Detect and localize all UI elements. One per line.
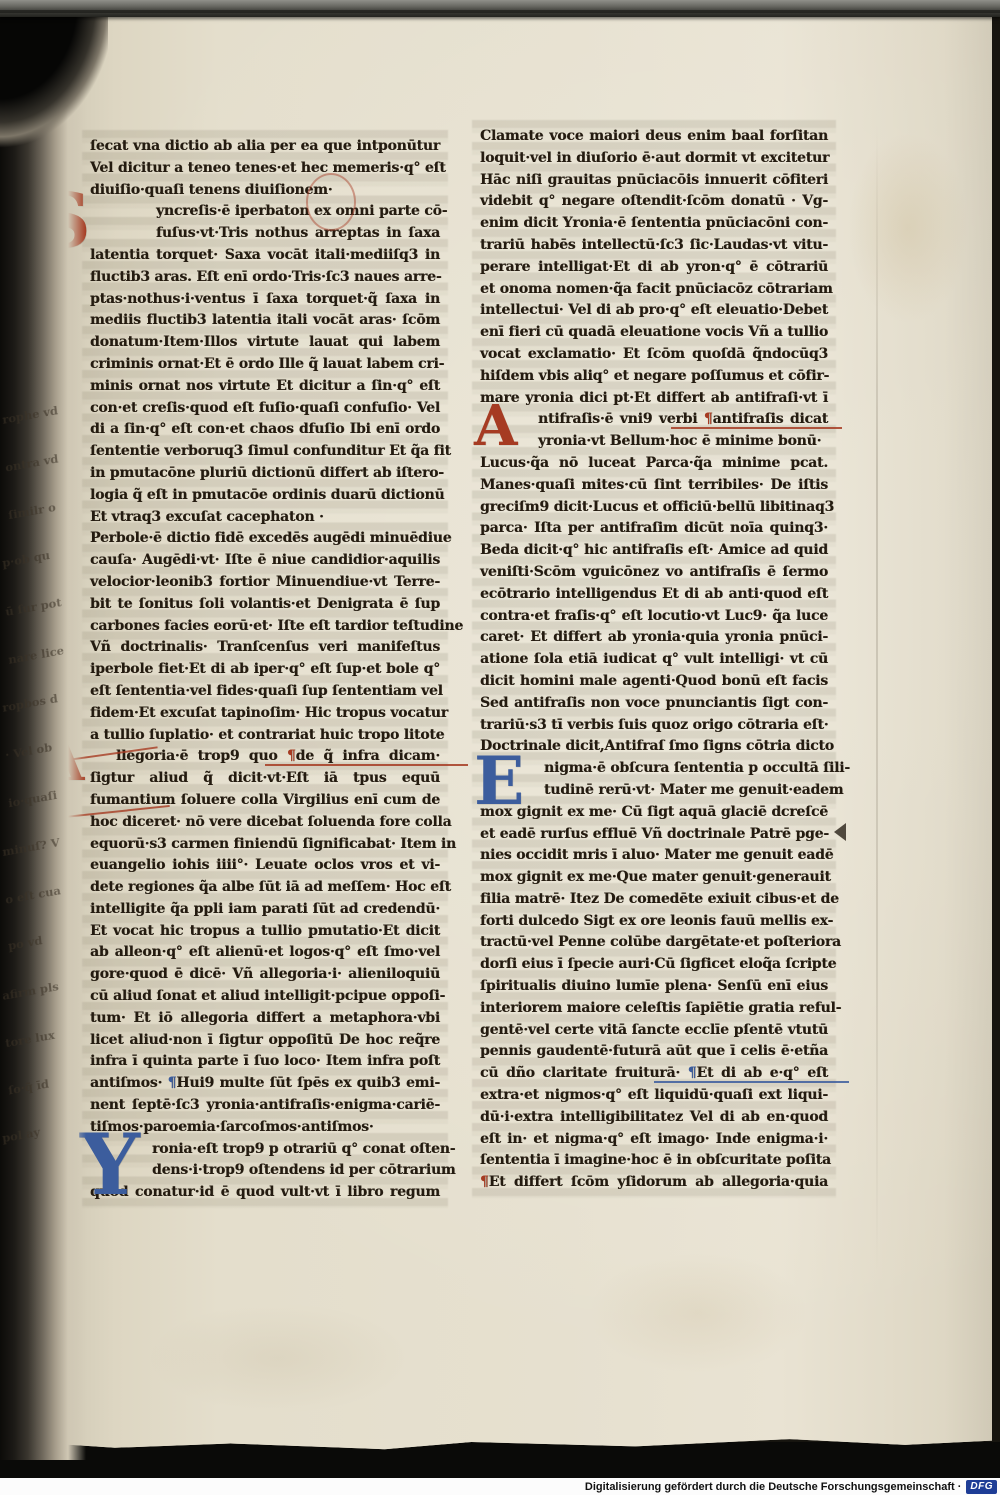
- text-line: et onoma nomen·q̃a facit pnūciacōz cōtra…: [480, 279, 828, 301]
- rubric-underline: [671, 427, 842, 429]
- text-line: interiorem maiore celeſtis ſapiētie grat…: [480, 998, 828, 1020]
- text-column-right: Clamate voce maiori deus enim baal forſi…: [480, 126, 828, 1194]
- text-line: licet aliud·non ī ſigtur oppoſitū De hoc…: [90, 1030, 440, 1052]
- text-line: Hāc niſi grauitas pnūciacōis innuerit cō…: [480, 170, 828, 192]
- text-line: et eadē rurſus effluē Vñ doctrinale Patr…: [480, 824, 828, 846]
- text-line: Et vocat hic tropus a tullio pmutatio·Et…: [90, 921, 440, 943]
- text-line: ntifraſis·ē vni9 verbi ¶antifraſis dicat: [480, 409, 828, 431]
- text-line: latentia torquet· Saxa vocāt itali·medii…: [90, 245, 440, 267]
- text-line: dorſi eius ī ſpecie auri·Cū ſigficet elo…: [480, 954, 828, 976]
- text-line: veniſti·Scōm vguicōnez vo antifraſis ē ſ…: [480, 562, 828, 584]
- text-line: Vel dicitur a teneo tenes·et hec memeris…: [90, 158, 440, 180]
- text-line: equorū·s3 carmen finiendū ſignificabat· …: [90, 834, 440, 856]
- text-line: mediis fluctib3 latentia itali vocāt ara…: [90, 310, 440, 332]
- text-line: trariū habēs intellectū·ſc3 ſic·Laudas·v…: [480, 235, 828, 257]
- text-line: donatum·Item·Illos virtute lauat qui lab…: [90, 332, 440, 354]
- text-line: yncreſis·ē iperbaton ex omni parte cō-: [90, 201, 440, 223]
- pilcrow-mark: ¶: [168, 1075, 177, 1091]
- dfg-logo: DFG: [966, 1480, 997, 1494]
- text-line: minis ornat nos virtute Et dicitur a ſin…: [90, 376, 440, 398]
- parchment-crease: [876, 123, 878, 1273]
- text-line: forti dulcedo Sigt ex ore leonis fauū me…: [480, 911, 828, 933]
- text-line: tractū·vel Penne colūbe dargētate·et poſ…: [480, 932, 828, 954]
- text-line: con·et creſis·quod eſt fuſio·quaſi confu…: [90, 398, 440, 420]
- text-line: extra·et nigmos·q° eſt liquidū·quaſi ext…: [480, 1085, 828, 1107]
- pilcrow-mark: ¶: [704, 411, 713, 427]
- text-line: nent ſeptē·ſc3 yronia·antifraſis·enigma·…: [90, 1095, 440, 1117]
- text-line: fidem·Et excuſat tapinoſim· Hic tropus v…: [90, 703, 440, 725]
- text-line: ſigtur aliud q̃ dicit·vt·Eſt iā tpus equ…: [90, 768, 440, 790]
- pilcrow-mark: ¶: [688, 1065, 697, 1081]
- text-line: in pmutacōne pluriū dictionū differt ab …: [90, 463, 440, 485]
- text-line: logia q̃ eſt in pmutacōe ordinis duarū d…: [90, 485, 440, 507]
- text-line: Manes·quaſi mites·cū ſint terribiles· De…: [480, 475, 828, 497]
- text-column-left: ſecat vna dictio ab alia per ea que intp…: [90, 136, 440, 1204]
- text-line: eſt ſententia·vel fides·quaſi ſup ſenten…: [90, 681, 440, 703]
- text-line: nies occidit mris ī aluo· Mater me genui…: [480, 845, 828, 867]
- text-line: infra ī quinta parte ī ſuo loco· Item in…: [90, 1051, 440, 1073]
- text-line: parca· Iſta per antifraſim dicūt noīa qu…: [480, 518, 828, 540]
- text-line: tudinē rerū·vt· Mater me genuit·eadem: [480, 780, 828, 802]
- rubric-underline: [654, 1081, 849, 1083]
- text-line: perare intelligat·Et di ab yron·q° ē cōt…: [480, 257, 828, 279]
- manuscript-scan-viewport: { "document": { "type": "incunabulum-pag…: [0, 0, 1000, 1495]
- text-line: Perbole·ē dictio fidē excedēs augēdi min…: [90, 528, 440, 550]
- text-line: diuiſio·quaſi tenens diuiſionem·: [90, 180, 440, 202]
- text-line: llegoria·ē trop9 quo ¶de q̃ infra dicam·: [90, 746, 440, 768]
- text-line: cū dño claritate fruiturā· ¶Et di ab e·q…: [480, 1063, 828, 1085]
- text-line: velocior·leonib3 fortior Minuendiue·vt T…: [90, 572, 440, 594]
- text-line: filia matrē· Itez De comedēte exiuit cib…: [480, 889, 828, 911]
- text-line: criminis ornat·Et ē ordo Ille q̃ lauat l…: [90, 354, 440, 376]
- text-line: nigma·ē obſcura ſententia p occultā ſili…: [480, 758, 828, 780]
- text-line: fumantium ſoluere colla Virgilius enī cu…: [90, 790, 440, 812]
- text-line: ab alleon·q° eſt alienū·et logos·q° eſt …: [90, 942, 440, 964]
- text-line: ſecat vna dictio ab alia per ea que intp…: [90, 136, 440, 158]
- text-line: hoc diceret· nō vere dicebat ſoluenda fo…: [90, 812, 440, 834]
- text-line: caret· Et differt ab yronia·quia yronia …: [480, 627, 828, 649]
- text-line: mox gignit ex me· Cū ſigt aquā glaciē dc…: [480, 802, 828, 824]
- text-line: iperbole fiet·Et di ab iper·q° eſt ſup·e…: [90, 659, 440, 681]
- text-line: videbit q° negare oſtendit·ſcōm donatū ·…: [480, 191, 828, 213]
- text-line: Sed antifraſis non voce pnunciantis ſigt…: [480, 693, 828, 715]
- parchment-stain: [148, 1303, 408, 1413]
- text-line: mare yronia dici pt·Et differt ab antifr…: [480, 388, 828, 410]
- text-line: Lucus·q̃a nō luceat Parca·q̃a minime pca…: [480, 453, 828, 475]
- text-line: pennis gaudentē·futurā aūt que ī celis ē…: [480, 1041, 828, 1063]
- text-line: Clamate voce maiori deus enim baal forſi…: [480, 126, 828, 148]
- text-line: quod conatur·id ē quod vult·vt ī libro r…: [90, 1182, 440, 1204]
- text-line: Doctrinale dicit,Antifraſ ſmo ſigns cōtr…: [480, 736, 828, 758]
- digitization-credit-bar: Digitalisierung gefördert durch die Deut…: [0, 1478, 1000, 1495]
- text-line: mox gignit ex me·Que mater genuit·genera…: [480, 867, 828, 889]
- text-line: Et vtraq3 excuſat cacephaton ·: [90, 507, 440, 529]
- scan-top-edge-line: [0, 10, 1000, 13]
- text-line: Vñ doctrinalis· Tranſcenſus veri manifeſ…: [90, 637, 440, 659]
- parchment-stain: [848, 133, 968, 323]
- text-line: ſententia ī imagine·hoc ē in obſcuritate…: [480, 1150, 828, 1172]
- text-line: ronia·eſt trop9 p otrariū q° conat oſten…: [90, 1139, 440, 1161]
- text-line: yronia·vt Bellum·hoc ē minime bonū·: [480, 431, 828, 453]
- text-line: antiſmos· ¶Hui9 multe ſūt ſpēs ex quib3 …: [90, 1073, 440, 1095]
- parchment-stain: [588, 1253, 808, 1373]
- text-line: dete regiones q̃a albe ſūt iā ad meſſem·…: [90, 877, 440, 899]
- text-line: atione ſola etiā iudicat q° vult intelli…: [480, 649, 828, 671]
- text-line: vocat exclamatio· Et ſcōm quoſdā q̃ndocū…: [480, 344, 828, 366]
- book-spine-gutter: [0, 0, 86, 1460]
- text-line: greciſm9 dicit·Lucus et officiū·bellū li…: [480, 497, 828, 519]
- text-line: tum· Et iō allegoria differt a metaphora…: [90, 1008, 440, 1030]
- text-line: dū·i·extra intelligibilitatez Vel di ab …: [480, 1107, 828, 1129]
- text-line: ſpiritualis diuino lumīe plena· Senſū en…: [480, 976, 828, 998]
- text-line: intellectui· Vel di ab pro·q° eſt eleuat…: [480, 300, 828, 322]
- text-line: euangelio iohis iiii°· Leuate oclos vros…: [90, 855, 440, 877]
- text-line: fluctib3 aras. Eſt enī ordo·Tris·ſc3 nau…: [90, 267, 440, 289]
- text-line: enim dicit Yronia·ē ſententia pnūciacōni…: [480, 213, 828, 235]
- text-line: Beda dicit·q° hic antifraſis eſt· Amice …: [480, 540, 828, 562]
- text-line: a tullio ſuplatio· et contrariat huic tr…: [90, 725, 440, 747]
- text-line: eſt in· et nigma·q° eſt imago· Inde enig…: [480, 1129, 828, 1151]
- pilcrow-mark: ¶: [480, 1174, 489, 1190]
- text-line: tiſmos·paroemia·ſarcoſmos·antiſmos·: [90, 1117, 440, 1139]
- page-curl-top-left: [0, 0, 108, 150]
- parchment-page: ſecat vna dictio ab alia per ea que intp…: [28, 13, 992, 1455]
- scan-bottom-background: [0, 1442, 1000, 1478]
- text-line: ptas·nothus·i·ventus ī ſaxa torquet·q̃ ſ…: [90, 289, 440, 311]
- text-line: dicit homini male agenti·Quod bonū eſt f…: [480, 671, 828, 693]
- text-line: intelligite q̃a ppli iam parati ſūt ad c…: [90, 899, 440, 921]
- text-line: cū aliud ſonat et aliud intelligit·pcipu…: [90, 986, 440, 1008]
- text-line: ecōtrario intelligendus Et di ab anti·qu…: [480, 584, 828, 606]
- text-line: gentē·vel certe vitā ſancte ecclīe pſent…: [480, 1020, 828, 1042]
- text-line: dens·i·trop9 oſtendens id per cōtrarium: [90, 1160, 440, 1182]
- pilcrow-mark: ¶: [287, 748, 296, 764]
- text-line: ſententie verboruq3 ſimul confunditur Et…: [90, 441, 440, 463]
- text-line: trariū·s3 tī verbis ſuis quoz origo cōtr…: [480, 715, 828, 737]
- text-line: gore·quod ē dicē· Vñ allegoria·i· alieni…: [90, 964, 440, 986]
- text-line: cauſa· Augēdi·vt· Iſte ē niue candidior·…: [90, 550, 440, 572]
- credit-text: Digitalisierung gefördert durch die Deut…: [585, 1481, 962, 1493]
- text-line: contra·et fraſis·q° eſt locutio·vt Luc9·…: [480, 606, 828, 628]
- text-line: enī fieri cū quadā eleuatione vocis Vñ a…: [480, 322, 828, 344]
- scan-top-edge: [0, 0, 1000, 17]
- rubric-underline: [265, 764, 468, 766]
- text-line: di a ſin·q° eſt con·et chaos dfuſio Ibi …: [90, 419, 440, 441]
- text-line: loquit·vel in diuſorio ē·aut dormit vt e…: [480, 148, 828, 170]
- text-line: carbones facies eorū·et· Iſte eſt tardio…: [90, 616, 440, 638]
- text-line: ¶Et differt ſcōm yſidorum ab allegoria·q…: [480, 1172, 828, 1194]
- text-line: bit te ſonitus ſoli volantis·et Denigrat…: [90, 594, 440, 616]
- text-line: hiſdem vbis aliq° et negare poſſumus et …: [480, 366, 828, 388]
- text-line: fuſus·vt·Tris nothus arreptas in ſaxa: [90, 223, 440, 245]
